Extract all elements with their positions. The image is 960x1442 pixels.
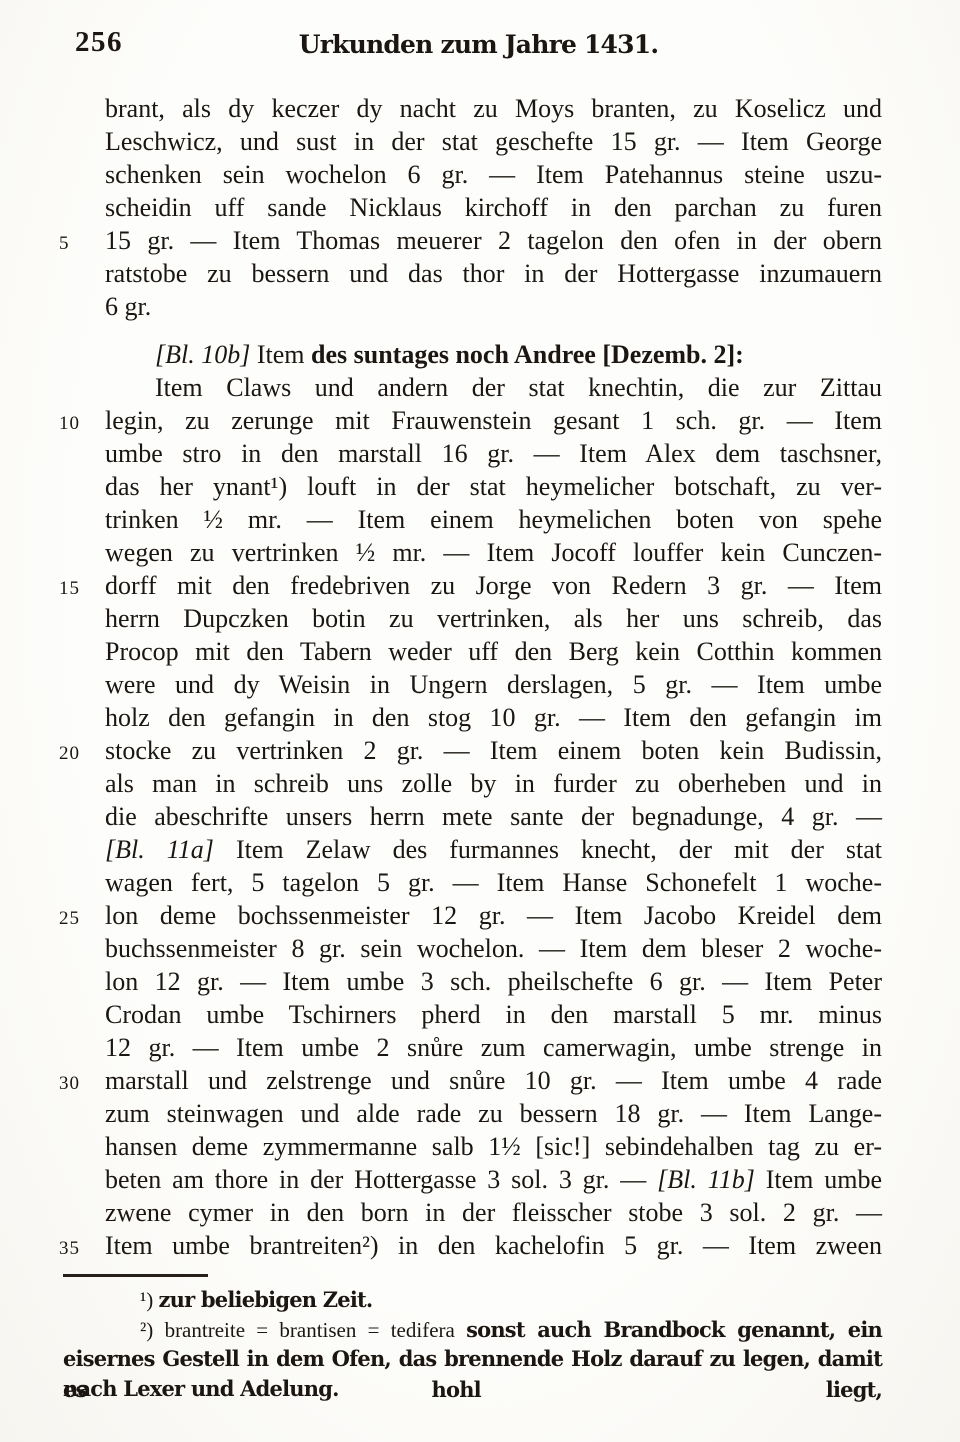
text-segment: ²) <box>140 1318 165 1342</box>
footnote-line: nach Lexer und Adelung. <box>63 1374 882 1404</box>
text-segment: were und dy Weisin in Ungern derslagen, … <box>105 670 882 699</box>
text-segment: herrn Dupczken botin zu vertrinken, als … <box>105 604 882 633</box>
text-segment: lon 12 gr. — Item umbe 3 sch. pheilschef… <box>105 967 882 996</box>
text-line: umbe stro in den marstall 16 gr. — Item … <box>105 437 882 470</box>
text-segment: Item umbe <box>766 1165 882 1194</box>
margin-line-number: 10 <box>59 407 95 440</box>
text-segment: marstall und zelstrenge und snůre 10 gr.… <box>105 1066 882 1095</box>
book-page: 256 Urkunden zum Jahre 1431. brant, als … <box>0 0 960 1442</box>
text-segment: stocke zu vertrinken 2 gr. — Item einem … <box>105 736 882 765</box>
text-segment: das her ynant¹) louft in der stat heymel… <box>105 472 882 501</box>
text-segment: zur beliebigen Zeit. <box>159 1287 373 1312</box>
text-segment: brant, als dy keczer dy nacht zu Moys br… <box>105 94 882 123</box>
text-line: Crodan umbe Tschirners pherd in den mars… <box>105 998 882 1031</box>
section-heading: [Bl. 10b] Item des suntages noch Andree … <box>105 338 882 371</box>
margin-line-number: 25 <box>59 902 95 935</box>
text-line: herrn Dupczken botin zu vertrinken, als … <box>105 602 882 635</box>
text-segment: holz den gefangin in den stog 10 gr. — I… <box>105 703 882 732</box>
text-line: 15dorff mit den fredebriven zu Jorge von… <box>105 569 882 602</box>
text-segment: lon deme bochssenmeister 12 gr. — Item J… <box>105 901 882 930</box>
text-segment: [Bl. 11a] <box>105 835 236 864</box>
text-segment: legin, zu zerunge mit Frauwenstein gesan… <box>105 406 882 435</box>
body-text: brant, als dy keczer dy nacht zu Moys br… <box>105 92 882 1262</box>
text-segment: Item <box>257 340 311 369</box>
text-line: trinken ½ mr. — Item einem heymelichen b… <box>105 503 882 536</box>
margin-line-number: 30 <box>59 1067 95 1100</box>
text-segment: 12 gr. — Item umbe 2 snůre zum camerwagi… <box>105 1033 882 1062</box>
text-segment: buchssenmeister 8 gr. sein wochelon. — I… <box>105 934 882 963</box>
text-line: das her ynant¹) louft in der stat heymel… <box>105 470 882 503</box>
text-segment: [Bl. 11b] <box>657 1165 766 1194</box>
text-line: 20stocke zu vertrinken 2 gr. — Item eine… <box>105 734 882 767</box>
text-line: hansen deme zymmermanne salb 1½ [sic!] s… <box>105 1130 882 1163</box>
text-line: 12 gr. — Item umbe 2 snůre zum camerwagi… <box>105 1031 882 1064</box>
text-segment: 15 gr. — Item Thomas meuerer 2 tagelon d… <box>105 226 882 255</box>
text-segment: schenken sein wochelon 6 gr. — Item Pate… <box>105 160 882 189</box>
text-line: buchssenmeister 8 gr. sein wochelon. — I… <box>105 932 882 965</box>
text-segment: [Bl. 10b] <box>155 340 257 369</box>
text-segment: Item Zelaw des furmannes knecht, der mit… <box>236 835 882 864</box>
text-segment: hansen deme zymmermanne salb 1½ [sic!] s… <box>105 1132 882 1161</box>
margin-line-number: 20 <box>59 737 95 770</box>
text-line: 515 gr. — Item Thomas meuerer 2 tagelon … <box>105 224 882 257</box>
text-segment: wegen zu vertrinken ½ mr. — Item Jocoff … <box>105 538 882 567</box>
text-line: [Bl. 11a] Item Zelaw des furmannes knech… <box>105 833 882 866</box>
text-segment: wagen fert, 5 tagelon 5 gr. — Item Hanse… <box>105 868 882 897</box>
text-line: 25lon deme bochssenmeister 12 gr. — Item… <box>105 899 882 932</box>
text-line: beten am thore in der Hottergasse 3 sol.… <box>105 1163 882 1196</box>
footnote-separator <box>63 1274 208 1277</box>
text-segment: nach Lexer und Adelung. <box>63 1376 339 1401</box>
text-line: holz den gefangin in den stog 10 gr. — I… <box>105 701 882 734</box>
text-segment: die abeschrifte unsers herrn mete sante … <box>105 802 882 831</box>
page-header: 256 Urkunden zum Jahre 1431. <box>0 0 960 68</box>
footnote-line: eisernes Gestell in dem Ofen, das brenne… <box>63 1344 882 1374</box>
text-line: 35Item umbe brantreiten²) in den kachelo… <box>105 1229 882 1262</box>
text-line: als man in schreib uns zolle by in furde… <box>105 767 882 800</box>
text-segment: Item Claws und andern der stat knechtin,… <box>155 373 882 402</box>
text-segment: ¹) <box>140 1288 159 1312</box>
text-line: brant, als dy keczer dy nacht zu Moys br… <box>105 92 882 125</box>
text-line: lon 12 gr. — Item umbe 3 sch. pheilschef… <box>105 965 882 998</box>
text-segment: Item umbe brantreiten²) in den kachelofi… <box>105 1231 882 1260</box>
text-line: Leschwicz, und sust in der stat gescheft… <box>105 125 882 158</box>
text-line: 10legin, zu zerunge mit Frauwenstein ges… <box>105 404 882 437</box>
text-line: zum steinwagen und alde rade zu bessern … <box>105 1097 882 1130</box>
text-segment: des suntages noch Andree [Dezemb. 2]: <box>311 340 744 369</box>
margin-line-number: 35 <box>59 1232 95 1265</box>
text-line: were und dy Weisin in Ungern derslagen, … <box>105 668 882 701</box>
text-line: wagen fert, 5 tagelon 5 gr. — Item Hanse… <box>105 866 882 899</box>
text-segment: trinken ½ mr. — Item einem heymelichen b… <box>105 505 882 534</box>
text-segment: brantreite = brantisen = tedifera <box>165 1318 467 1342</box>
text-segment: Leschwicz, und sust in der stat gescheft… <box>105 127 882 156</box>
text-segment: 6 gr. <box>105 292 151 321</box>
text-segment: ratstobe zu bessern und das thor in der … <box>105 259 882 288</box>
running-head: Urkunden zum Jahre 1431. <box>75 30 882 59</box>
margin-line-number: 5 <box>59 227 95 260</box>
text-line: scheidin uff sande Nicklaus kirchoff in … <box>105 191 882 224</box>
text-segment: dorff mit den fredebriven zu Jorge von R… <box>105 571 882 600</box>
text-segment: zum steinwagen und alde rade zu bessern … <box>105 1099 882 1128</box>
text-line: zwene cymer in den born in der fleissche… <box>105 1196 882 1229</box>
text-line: Procop mit den Tabern weder uff den Berg… <box>105 635 882 668</box>
text-segment: zwene cymer in den born in der fleissche… <box>105 1198 882 1227</box>
text-line: Item Claws und andern der stat knechtin,… <box>105 371 882 404</box>
text-line: schenken sein wochelon 6 gr. — Item Pate… <box>105 158 882 191</box>
text-segment: als man in schreib uns zolle by in furde… <box>105 769 882 798</box>
text-segment: sonst auch Brandbock genannt, ein <box>466 1317 882 1342</box>
text-segment: Crodan umbe Tschirners pherd in den mars… <box>105 1000 882 1029</box>
text-line: wegen zu vertrinken ½ mr. — Item Jocoff … <box>105 536 882 569</box>
text-line: 30marstall und zelstrenge und snůre 10 g… <box>105 1064 882 1097</box>
text-line: die abeschrifte unsers herrn mete sante … <box>105 800 882 833</box>
text-segment: Procop mit den Tabern weder uff den Berg… <box>105 637 882 666</box>
footnote-line: ¹) zur beliebigen Zeit. <box>63 1285 882 1315</box>
text-segment: umbe stro in den marstall 16 gr. — Item … <box>105 439 882 468</box>
text-line: 6 gr. <box>105 290 882 323</box>
text-segment: beten am thore in der Hottergasse 3 sol.… <box>105 1165 657 1194</box>
margin-line-number: 15 <box>59 572 95 605</box>
text-line: ratstobe zu bessern und das thor in der … <box>105 257 882 290</box>
text-segment: scheidin uff sande Nicklaus kirchoff in … <box>105 193 882 222</box>
footnote-line: ²) brantreite = brantisen = tedifera son… <box>63 1315 882 1345</box>
footnotes: ¹) zur beliebigen Zeit.²) brantreite = b… <box>63 1285 882 1403</box>
